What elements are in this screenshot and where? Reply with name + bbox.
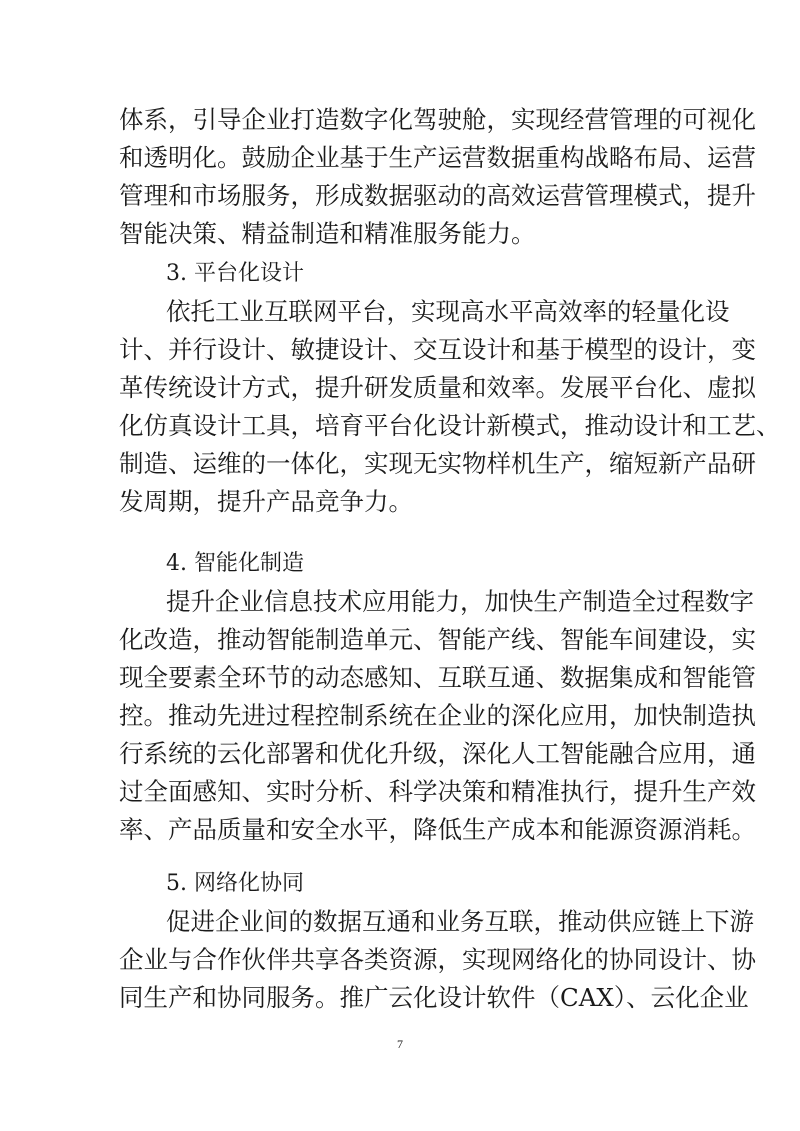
paragraph-line: 革传统设计方式，提升研发质量和效率。发展平台化、虚拟 (119, 373, 683, 403)
paragraph-line: 智能决策、精益制造和精准服务能力。 (119, 219, 683, 249)
paragraph-line: 化改造，推动智能制造单元、智能产线、智能车间建设，实 (119, 625, 683, 655)
paragraph-line: 现全要素全环节的动态感知、互联互通、数据集成和智能管 (119, 663, 683, 693)
paragraph-line: 发周期，提升产品竞争力。 (119, 487, 683, 517)
paragraph-line: 控。推动先进过程控制系统在企业的深化应用，加快制造执 (119, 701, 683, 731)
paragraph-line: 计、并行设计、敏捷设计、交互设计和基于模型的设计，变 (119, 335, 683, 365)
paragraph-line: 同生产和协同服务。推广云化设计软件（CAX）、云化企业 (119, 983, 683, 1013)
paragraph-line: 化仿真设计工具，培育平台化设计新模式，推动设计和工艺、 (119, 411, 683, 441)
paragraph-line: 依托工业互联网平台，实现高水平高效率的轻量化设 (166, 297, 683, 327)
paragraph-line: 过全面感知、实时分析、科学决策和精准执行，提升生产效 (119, 777, 683, 807)
section-heading: 3. 平台化设计 (166, 259, 304, 289)
paragraph-line: 管理和市场服务，形成数据驱动的高效运营管理模式，提升 (119, 181, 683, 211)
paragraph-line: 行系统的云化部署和优化升级，深化人工智能融合应用，通 (119, 739, 683, 769)
section-heading: 5. 网络化协同 (166, 869, 304, 899)
document-page: 体系，引导企业打造数字化驾驶舱，实现经营管理的可视化 和透明化。鼓励企业基于生产… (0, 0, 800, 1131)
paragraph-line: 提升企业信息技术应用能力，加快生产制造全过程数字 (166, 587, 683, 617)
paragraph-line: 制造、运维的一体化，实现无实物样机生产，缩短新产品研 (119, 449, 683, 479)
paragraph-line: 体系，引导企业打造数字化驾驶舱，实现经营管理的可视化 (119, 105, 683, 135)
paragraph-line: 和透明化。鼓励企业基于生产运营数据重构战略布局、运营 (119, 143, 683, 173)
paragraph-line: 率、产品质量和安全水平，降低生产成本和能源资源消耗。 (119, 815, 683, 845)
page-number: 7 (0, 1036, 800, 1052)
section-heading: 4. 智能化制造 (166, 549, 304, 579)
paragraph-line: 企业与合作伙伴共享各类资源，实现网络化的协同设计、协 (119, 945, 683, 975)
paragraph-line: 促进企业间的数据互通和业务互联，推动供应链上下游 (166, 907, 683, 937)
